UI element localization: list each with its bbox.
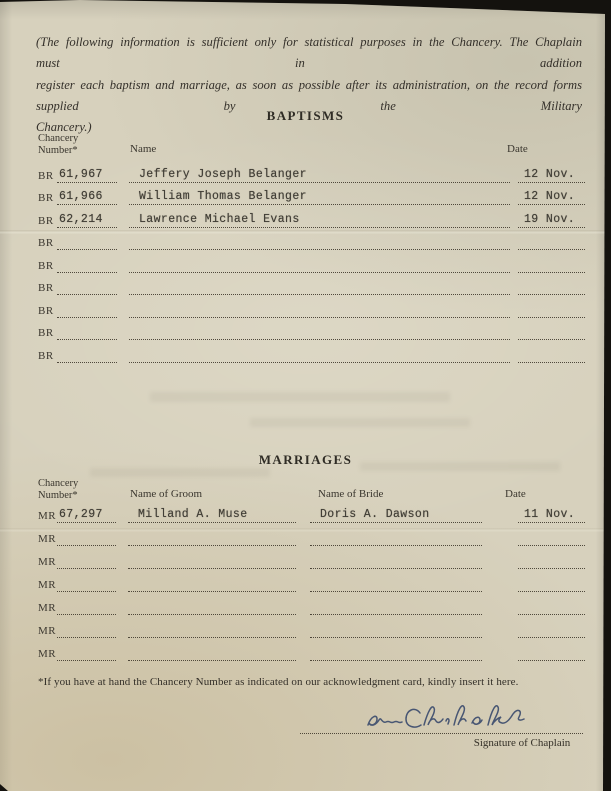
- marriages-groom-header: Name of Groom: [130, 488, 202, 500]
- intro-line: (The following information is sufficient…: [36, 32, 582, 75]
- date-value: 12 Nov.: [524, 168, 575, 181]
- date-field: [518, 346, 585, 363]
- date-field: [518, 233, 585, 250]
- row-prefix: MR: [38, 510, 57, 523]
- name-value: William Thomas Belanger: [139, 190, 307, 203]
- baptisms-name-header: Name: [130, 143, 156, 155]
- marriages-bride-header: Name of Bride: [318, 488, 383, 500]
- name-field: [129, 278, 510, 295]
- baptisms-title: BAPTISMS: [0, 108, 611, 124]
- bride-name-field: [310, 598, 482, 615]
- baptism-row: BR: [38, 250, 585, 273]
- baptism-row: BR: [38, 295, 585, 318]
- baptisms-chancery-number-header: Chancery Number*: [38, 133, 78, 156]
- row-prefix: BR: [38, 305, 57, 318]
- groom-name-field: [128, 552, 296, 569]
- row-prefix: MR: [38, 556, 57, 569]
- date-field: [518, 278, 585, 295]
- scanned-form-page: (The following information is sufficient…: [0, 0, 611, 791]
- date-field: 12 Nov.: [518, 188, 585, 205]
- chancery-number-field: [57, 575, 116, 592]
- row-prefix: MR: [38, 579, 57, 592]
- chancery-number-field: 61,967: [57, 166, 117, 183]
- chancery-number-value: 61,967: [59, 168, 103, 181]
- baptisms-date-header: Date: [507, 143, 528, 155]
- groom-name-value: Milland A. Muse: [138, 508, 248, 521]
- groom-name-field: [128, 529, 296, 546]
- row-prefix: BR: [38, 350, 57, 363]
- bride-name-value: Doris A. Dawson: [320, 508, 430, 521]
- groom-name-field: [128, 598, 296, 615]
- name-field: William Thomas Belanger: [129, 188, 510, 205]
- bride-name-field: [310, 575, 482, 592]
- groom-name-field: Milland A. Muse: [128, 506, 296, 523]
- bride-name-field: [310, 644, 482, 661]
- baptisms-table: BR 61,967 Jeffery Joseph Belanger 12 Nov…: [38, 160, 585, 363]
- chancery-number-field: [57, 323, 117, 340]
- chancery-number-field: [57, 233, 117, 250]
- date-value: 12 Nov.: [524, 190, 575, 203]
- chancery-number-value: 62,214: [59, 213, 103, 226]
- date-field: [518, 621, 585, 638]
- chancery-number-field: [57, 301, 117, 318]
- bride-name-field: [310, 552, 482, 569]
- ink-bleedthrough: [150, 392, 450, 402]
- marriages-title: MARRIAGES: [0, 452, 611, 468]
- marriage-row: MR: [38, 523, 585, 546]
- ink-bleedthrough: [250, 418, 470, 427]
- date-field: [518, 323, 585, 340]
- date-field: [518, 529, 585, 546]
- baptism-row: BR: [38, 340, 585, 363]
- row-prefix: MR: [38, 648, 57, 661]
- chancery-number-field: [57, 346, 117, 363]
- name-value: Jeffery Joseph Belanger: [139, 168, 307, 181]
- marriage-row: MR: [38, 638, 585, 661]
- row-prefix: MR: [38, 602, 57, 615]
- bride-name-field: Doris A. Dawson: [310, 506, 482, 523]
- name-field: [129, 256, 510, 273]
- name-field: Jeffery Joseph Belanger: [129, 166, 510, 183]
- baptism-row: BR: [38, 273, 585, 296]
- chancery-number-field: [57, 621, 116, 638]
- date-field: [518, 552, 585, 569]
- chancery-number-field: [57, 278, 117, 295]
- row-prefix: BR: [38, 170, 57, 183]
- chancery-number-field: 61,966: [57, 188, 117, 205]
- chancery-number-value: 67,297: [59, 508, 103, 521]
- row-prefix: BR: [38, 260, 57, 273]
- marriage-row: MR: [38, 615, 585, 638]
- date-value: 11 Nov.: [524, 508, 575, 521]
- name-field: [129, 301, 510, 318]
- date-field: [518, 575, 585, 592]
- bride-name-field: [310, 621, 482, 638]
- date-value: 19 Nov.: [524, 213, 575, 226]
- date-field: [518, 598, 585, 615]
- date-field: 12 Nov.: [518, 166, 585, 183]
- row-prefix: MR: [38, 625, 57, 638]
- marriage-row: MR: [38, 592, 585, 615]
- row-prefix: BR: [38, 327, 57, 340]
- chancery-number-field: [57, 529, 116, 546]
- baptism-row: BR: [38, 318, 585, 341]
- row-prefix: BR: [38, 237, 57, 250]
- chancery-number-field: [57, 598, 116, 615]
- chancery-number-field: [57, 552, 116, 569]
- row-prefix: BR: [38, 192, 57, 205]
- marriage-row: MR 67,297 Milland A. Muse Doris A. Dawso…: [38, 500, 585, 523]
- name-field: [129, 323, 510, 340]
- date-field: [518, 644, 585, 661]
- bride-name-field: [310, 529, 482, 546]
- baptism-row: BR 61,967 Jeffery Joseph Belanger 12 Nov…: [38, 160, 585, 183]
- groom-name-field: [128, 575, 296, 592]
- chancery-number-field: [57, 256, 117, 273]
- row-prefix: BR: [38, 282, 57, 295]
- signature-caption: Signature of Chaplain: [452, 737, 592, 749]
- name-value: Lawrence Michael Evans: [139, 213, 300, 226]
- name-field: [129, 233, 510, 250]
- chaplain-handwritten-signature: [362, 700, 540, 736]
- groom-name-field: [128, 644, 296, 661]
- marriages-date-header: Date: [505, 488, 526, 500]
- chancery-number-field: 67,297: [57, 506, 116, 523]
- chancery-number-field: 62,214: [57, 211, 117, 228]
- date-field: [518, 301, 585, 318]
- groom-name-field: [128, 621, 296, 638]
- chancery-number-field: [57, 644, 116, 661]
- marriages-table: MR 67,297 Milland A. Muse Doris A. Dawso…: [38, 500, 585, 661]
- baptism-row: BR: [38, 228, 585, 251]
- baptism-row: BR 61,966 William Thomas Belanger 12 Nov…: [38, 183, 585, 206]
- date-field: 19 Nov.: [518, 211, 585, 228]
- marriages-chancery-number-header: Chancery Number*: [38, 478, 78, 501]
- chancery-number-footnote: *If you have at hand the Chancery Number…: [38, 676, 583, 688]
- name-field: Lawrence Michael Evans: [129, 211, 510, 228]
- name-field: [129, 346, 510, 363]
- row-prefix: MR: [38, 533, 57, 546]
- ink-bleedthrough: [90, 468, 270, 477]
- date-field: [518, 256, 585, 273]
- baptism-row: BR 62,214 Lawrence Michael Evans 19 Nov.: [38, 205, 585, 228]
- chancery-number-value: 61,966: [59, 190, 103, 203]
- marriage-row: MR: [38, 546, 585, 569]
- row-prefix: BR: [38, 215, 57, 228]
- date-field: 11 Nov.: [518, 506, 585, 523]
- marriage-row: MR: [38, 569, 585, 592]
